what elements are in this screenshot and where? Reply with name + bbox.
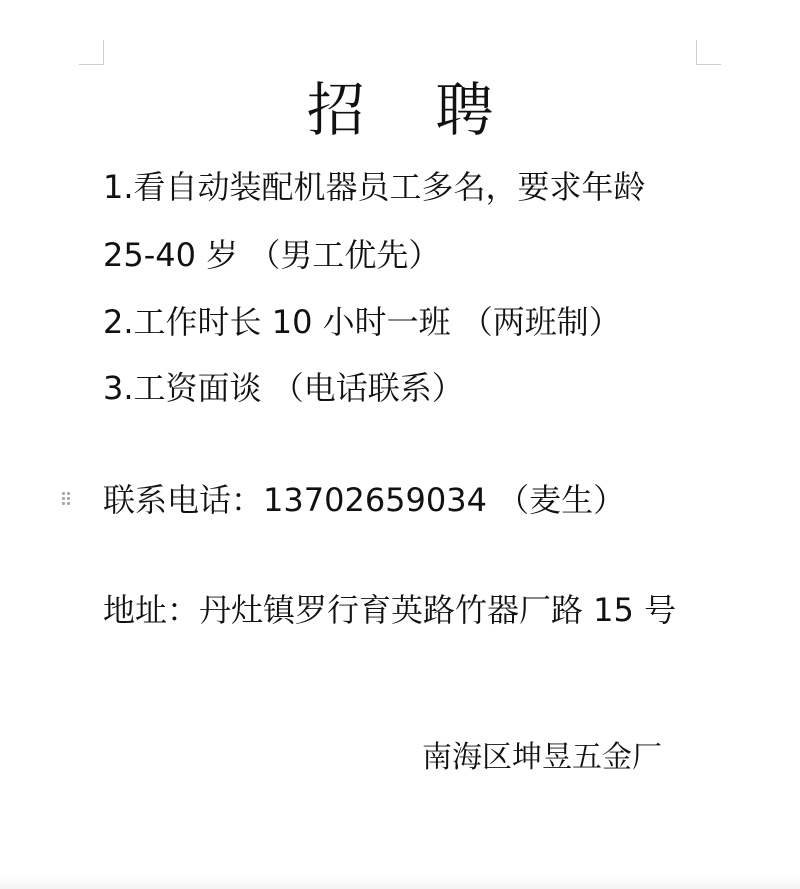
margin-corner-top-left [79,40,104,65]
drag-handle-icon[interactable] [62,492,70,506]
margin-corner-top-right [696,40,721,65]
contact-line: 联系电话：13702659034 （麦生） [103,480,625,520]
contact-person: （麦生） [497,481,625,519]
requirement-item-1-continued: 25-40 岁 （男工优先） [103,235,440,275]
requirement-item-2: 2.工作时长 10 小时一班 （两班制） [103,302,621,342]
page-bottom-edge [0,875,800,889]
requirement-item-3: 3.工资面谈 （电话联系） [103,368,464,408]
document-page: 招 聘 1.看自动装配机器员工多名，要求年龄 25-40 岁 （男工优先） 2.… [0,0,800,889]
requirement-item-1: 1.看自动装配机器员工多名，要求年龄 [103,167,646,207]
contact-phone: 13702659034 [263,481,487,519]
contact-label: 联系电话： [103,481,263,519]
company-signature: 南海区坤昱五金厂 [422,738,662,778]
document-title: 招 聘 [0,72,800,148]
address-line: 地址：丹灶镇罗行育英路竹器厂路 15 号 [103,590,676,630]
